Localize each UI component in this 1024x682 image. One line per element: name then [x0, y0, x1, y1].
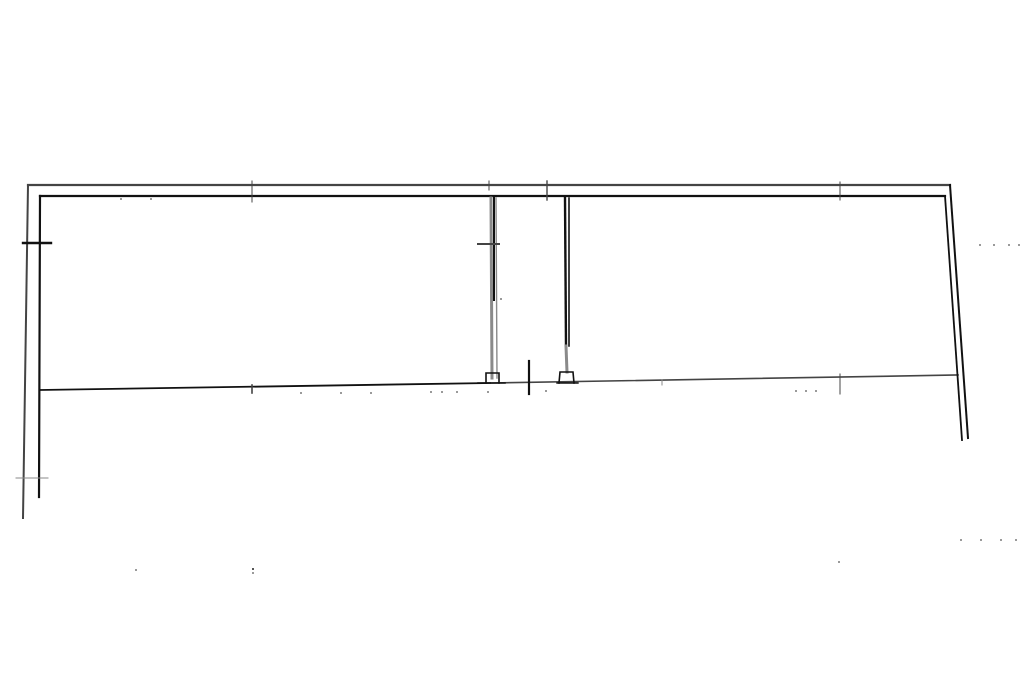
bottom-beam-ticks: [252, 361, 840, 394]
left-inner-post: [39, 196, 40, 497]
middle-post-right: [557, 198, 578, 383]
line-drawing: [0, 0, 1024, 682]
left-cross-tick: [16, 243, 51, 478]
right-slanted-leg: [945, 185, 968, 440]
left-outer-post: [23, 185, 28, 518]
middle-post-left: [478, 198, 505, 383]
